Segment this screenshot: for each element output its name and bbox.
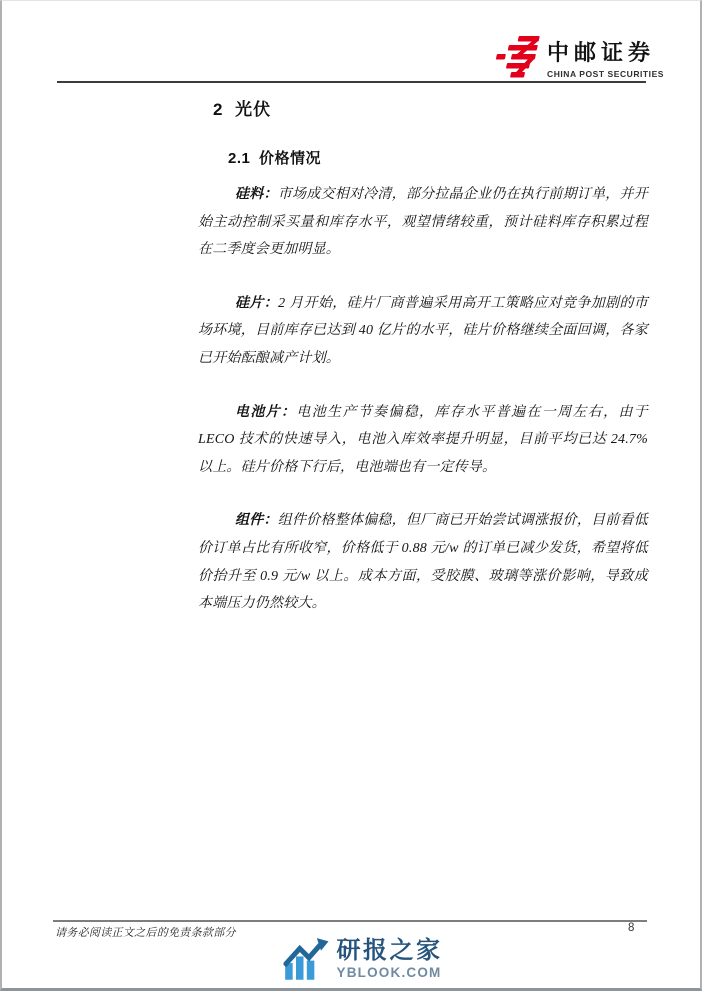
watermark-text: 研报之家 YBLOOK.COM xyxy=(337,938,443,980)
yblook-watermark: 研报之家 YBLOOK.COM xyxy=(284,937,443,980)
paragraph-lead: 电池片： xyxy=(235,405,296,420)
section-title: 2 光伏 xyxy=(213,95,271,120)
header-divider xyxy=(57,81,646,83)
bar-chart-up-arrow-icon xyxy=(284,937,329,980)
brand-text: 中邮证券 CHINA POST SECURITIES xyxy=(547,36,664,79)
body-text: 硅料：市场成交相对冷清，部分拉晶企业仍在执行前期订单，并开始主动控制采买量和库存… xyxy=(198,181,648,644)
watermark-site-name: 研报之家 xyxy=(337,938,443,964)
paragraph-module: 组件：组件价格整体偏稳，但厂商已开始尝试调涨报价，目前看低价订单占比有所收窄，价… xyxy=(198,507,648,617)
document-page: 中邮证券 CHINA POST SECURITIES 2 光伏 2.1 价格情况… xyxy=(0,0,702,991)
footer-divider xyxy=(53,920,647,922)
paragraph-wafer: 硅片：2 月开始，硅片厂商普遍采用高开工策略应对竞争加剧的市场环境，目前库存已达… xyxy=(198,290,648,373)
paragraph-lead: 硅料： xyxy=(235,187,278,202)
watermark-site-url: YBLOOK.COM xyxy=(337,965,442,980)
brand-name-en: CHINA POST SECURITIES xyxy=(547,69,664,79)
paragraph-silicon-material: 硅料：市场成交相对冷清，部分拉晶企业仍在执行前期订单，并开始主动控制采买量和库存… xyxy=(198,181,648,264)
paragraph-lead: 硅片： xyxy=(235,296,278,311)
footer-disclaimer: 请务必阅读正文之后的免责条款部分 xyxy=(55,924,236,940)
brand-logo: 中邮证券 CHINA POST SECURITIES xyxy=(494,35,664,80)
brand-name-cn: 中邮证券 xyxy=(547,36,655,67)
paragraph-cell: 电池片：电池生产节奏偏稳，库存水平普遍在一周左右，由于 LECO 技术的快速导入… xyxy=(198,399,648,482)
china-post-emblem-icon xyxy=(494,35,540,80)
subsection-title: 2.1 价格情况 xyxy=(228,147,321,168)
page-number: 8 xyxy=(628,922,634,934)
paragraph-lead: 组件： xyxy=(235,513,278,528)
